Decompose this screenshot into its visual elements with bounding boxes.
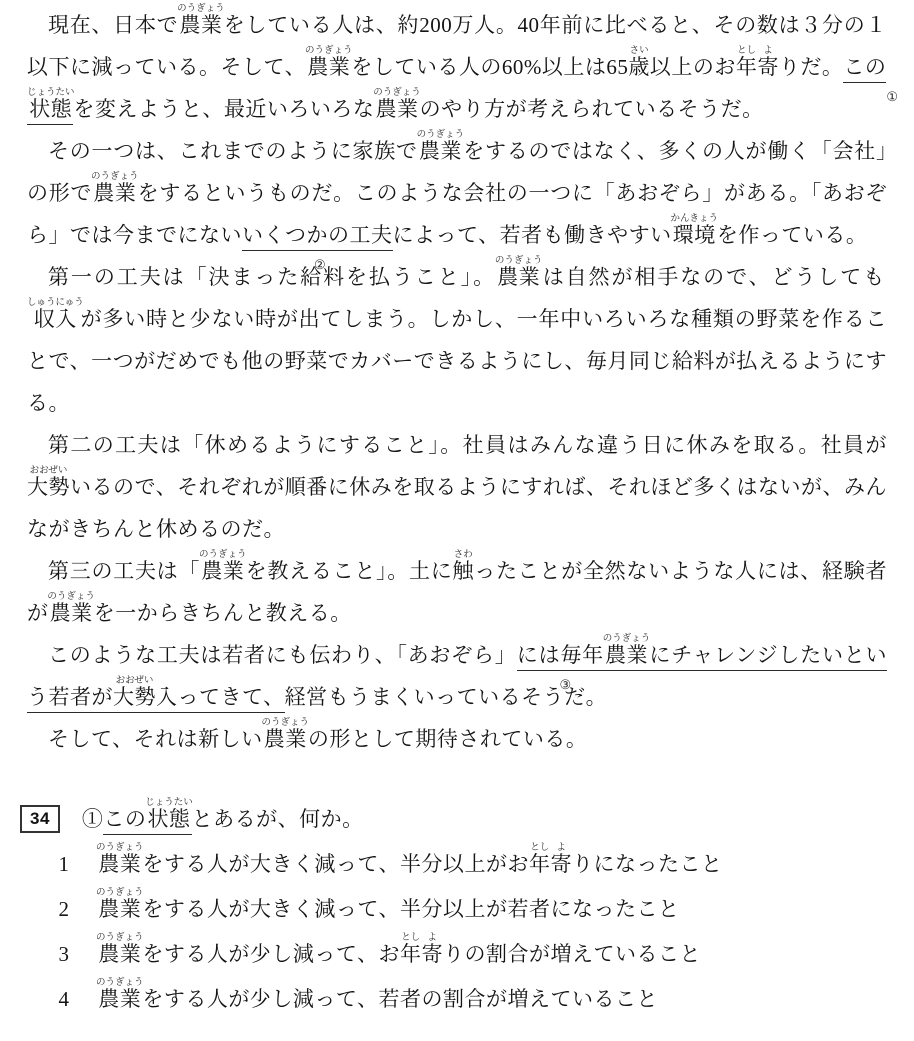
text-run: 第三の工夫は「 — [48, 559, 200, 583]
option-number: 4 — [57, 977, 71, 1022]
option-number: 1 — [57, 842, 71, 887]
furigana: のうぎょう — [199, 550, 247, 560]
text-run: によって、若者も働きやすい — [393, 223, 672, 247]
text-run: このような工夫は若者にも伝わり、「あおぞら」 — [48, 643, 517, 667]
text-run: が多い時と少ない時が出てしまう。しかし、一年中いろいろな種類の野菜を作ることで、… — [27, 307, 887, 415]
furigana: おおぜい — [27, 466, 70, 476]
text-run: 第二の工夫は「休めるようにすること」。社員はみんな違う日に休みを取る。社員が — [48, 433, 887, 457]
furigana: じょうたい — [27, 88, 75, 98]
ruby-term: 年とし — [736, 55, 758, 79]
ruby-term: 大勢おおぜい — [27, 475, 70, 499]
ruby-term: 農業のうぎょう — [96, 852, 142, 876]
text-run: のやり方が考えられているそうだ。 — [420, 97, 764, 121]
question-section: 34 ①この状態じょうたいとあるが、何か。 1農業のうぎょうをする人が大きく減っ… — [27, 798, 887, 1022]
ruby-term: 農業のうぎょう — [374, 97, 419, 121]
option-text: 農業のうぎょうをする人が大きく減って、半分以上が若者になったこと — [96, 887, 887, 932]
text-run: その一つは、これまでのように家族で — [48, 139, 418, 163]
text-run: いくつかの工夫 — [242, 223, 393, 247]
option-row: 2農業のうぎょうをする人が大きく減って、半分以上が若者になったこと — [57, 887, 887, 932]
ruby-term: 農業のうぎょう — [306, 55, 351, 79]
text-run: には毎年 — [517, 643, 604, 667]
furigana: のうぎょう — [177, 4, 225, 14]
question-prompt: ①この状態じょうたいとあるが、何か。 — [82, 798, 887, 840]
document-page: 現在、日本で農業のうぎょうをしている人は、約200万人。40年前に比べると、その… — [0, 0, 914, 1041]
furigana: のうぎょう — [96, 888, 144, 898]
furigana: のうぎょう — [96, 933, 144, 943]
furigana: のうぎょう — [495, 256, 543, 266]
ruby-term: 農業のうぎょう — [96, 942, 142, 966]
text-run: の形として期待されている。 — [308, 727, 588, 751]
ruby-term: 大勢おおぜい — [113, 685, 156, 709]
passage-paragraph: 第三の工夫は「農業のうぎょうを教えること」。土に触さわったことが全然ないような人… — [27, 550, 887, 634]
question-header: 34 ①この状態じょうたいとあるが、何か。 — [27, 798, 887, 840]
furigana: さわ — [453, 550, 475, 560]
text-run: は自然が相手なので、どうしても — [541, 265, 884, 289]
furigana: よ — [757, 46, 778, 56]
ruby-term: 環境かんきょう — [672, 223, 717, 247]
text-run: いるので、それぞれが順番に休みを取るようにすれば、それほど多くはないが、みんなが… — [27, 475, 887, 541]
furigana: じょうたい — [145, 798, 193, 808]
text-run: りの割合が増えていること — [443, 942, 701, 966]
text-run: とあるが、何か。 — [192, 807, 364, 831]
option-row: 1農業のうぎょうをする人が大きく減って、半分以上がお年とし寄よりになったこと — [57, 842, 887, 887]
question-number-box: 34 — [20, 805, 60, 833]
ruby-term: 収入しゅうにゅう — [27, 307, 80, 331]
text-run: をしている人の60%以上は65 — [351, 55, 628, 79]
circled-ref-marker: ② — [293, 258, 326, 271]
option-text: 農業のうぎょうをする人が少し減って、若者の割合が増えていること — [96, 977, 887, 1022]
text-run: をする人が少し減って、若者の割合が増えていること — [142, 987, 658, 1011]
option-row: 3農業のうぎょうをする人が少し減って、お年とし寄よりの割合が増えていること — [57, 932, 887, 977]
text-run: りになったこと — [572, 852, 723, 876]
furigana: のうぎょう — [261, 718, 309, 728]
furigana: しゅうにゅう — [27, 298, 84, 308]
furigana: のうぎょう — [91, 172, 139, 182]
passage-paragraph: このような工夫は若者にも伝わり、「あおぞら」③には毎年農業のうぎょうにチャレンジ… — [27, 634, 887, 718]
furigana: のうぎょう — [603, 634, 651, 644]
text-run: を教えること」。土に — [245, 559, 452, 583]
text-run: 入ってきて、 — [156, 685, 285, 709]
text-run: そして、それは新しい — [48, 727, 263, 751]
furigana: さい — [628, 46, 649, 56]
ruby-term: 農業のうぎょう — [263, 727, 308, 751]
furigana: のうぎょう — [96, 843, 144, 853]
text-run: 以上のお — [650, 55, 736, 79]
ruby-term: 寄よ — [757, 55, 779, 79]
furigana: とし — [736, 46, 757, 56]
circled-ref-marker: ① — [865, 90, 898, 103]
option-text: 農業のうぎょうをする人が少し減って、お年とし寄よりの割合が増えていること — [96, 932, 887, 977]
ruby-term: 農業のうぎょう — [604, 643, 649, 667]
passage-paragraph: 第一の工夫は「決まった給料を払うこと」。農業のうぎょうは自然が相手なので、どうし… — [27, 256, 887, 424]
text-run: を一からきちんと教える。 — [94, 601, 352, 625]
ruby-term: 歳さい — [628, 55, 650, 79]
ruby-term: 農業のうぎょう — [418, 139, 463, 163]
passage-paragraph: そして、それは新しい農業のうぎょうの形として期待されている。 — [27, 718, 887, 760]
option-text: 農業のうぎょうをする人が大きく減って、半分以上がお年とし寄よりになったこと — [96, 842, 887, 887]
underline-span: この状態じょうたい — [103, 807, 191, 835]
text-run: この — [103, 807, 146, 831]
passage-paragraph: 現在、日本で農業のうぎょうをしている人は、約200万人。40年前に比べると、その… — [27, 4, 887, 130]
furigana: のうぎょう — [96, 978, 144, 988]
ruby-term: 触さわ — [453, 559, 475, 583]
passage-paragraph: その一つは、これまでのように家族で農業のうぎょうをするのではなく、多くの人が働く… — [27, 130, 887, 256]
option-number: 3 — [57, 932, 71, 977]
ruby-term: 農業のうぎょう — [496, 265, 541, 289]
answer-options: 1農業のうぎょうをする人が大きく減って、半分以上がお年とし寄よりになったこと2農… — [27, 842, 887, 1022]
circled-ref-marker: ③ — [539, 678, 572, 691]
underline-span: ②いくつかの工夫 — [242, 223, 393, 251]
ruby-term: 年とし — [529, 852, 551, 876]
option-number: 2 — [57, 887, 71, 932]
ruby-term: 寄よ — [550, 852, 572, 876]
ruby-term: 状態じょうたい — [27, 97, 73, 121]
furigana: とし — [400, 933, 421, 943]
ruby-term: 農業のうぎょう — [96, 897, 142, 921]
reading-passage: 現在、日本で農業のうぎょうをしている人は、約200万人。40年前に比べると、その… — [27, 4, 887, 760]
passage-paragraph: 第二の工夫は「休めるようにすること」。社員はみんな違う日に休みを取る。社員が大勢… — [27, 424, 887, 550]
furigana: よ — [421, 933, 442, 943]
furigana: のうぎょう — [373, 88, 421, 98]
furigana: かんきょう — [670, 214, 718, 224]
ruby-term: 農業のうぎょう — [49, 601, 94, 625]
ruby-term: 年とし — [400, 942, 422, 966]
text-run: をする人が大きく減って、半分以上が若者になったこと — [142, 897, 679, 921]
text-run: をする人が少し減って、お — [142, 942, 400, 966]
text-run: を変えようと、最近いろいろな — [73, 97, 374, 121]
ruby-term: 農業のうぎょう — [200, 559, 245, 583]
ruby-term: 寄よ — [421, 942, 443, 966]
furigana: のうぎょう — [47, 592, 95, 602]
ruby-term: 農業のうぎょう — [96, 987, 142, 1011]
text-run: をする人が大きく減って、半分以上がお — [142, 852, 529, 876]
option-row: 4農業のうぎょうをする人が少し減って、若者の割合が増えていること — [57, 977, 887, 1022]
ruby-term: 農業のうぎょう — [178, 13, 223, 37]
ruby-term: 農業のうぎょう — [92, 181, 137, 205]
text-run: ① — [82, 807, 104, 831]
text-run: を作っている。 — [717, 223, 868, 247]
furigana: よ — [550, 843, 571, 853]
text-run: 現在、日本で — [48, 13, 178, 37]
furigana: とし — [529, 843, 550, 853]
furigana: おおぜい — [113, 676, 156, 686]
furigana: のうぎょう — [417, 130, 465, 140]
text-run: 第一の工夫は「決まった給料を払うこと」。 — [48, 265, 496, 289]
furigana: のうぎょう — [305, 46, 353, 56]
ruby-term: 状態じょうたい — [146, 807, 191, 831]
text-run: りだ。 — [779, 55, 844, 79]
text-run: この — [843, 55, 886, 79]
